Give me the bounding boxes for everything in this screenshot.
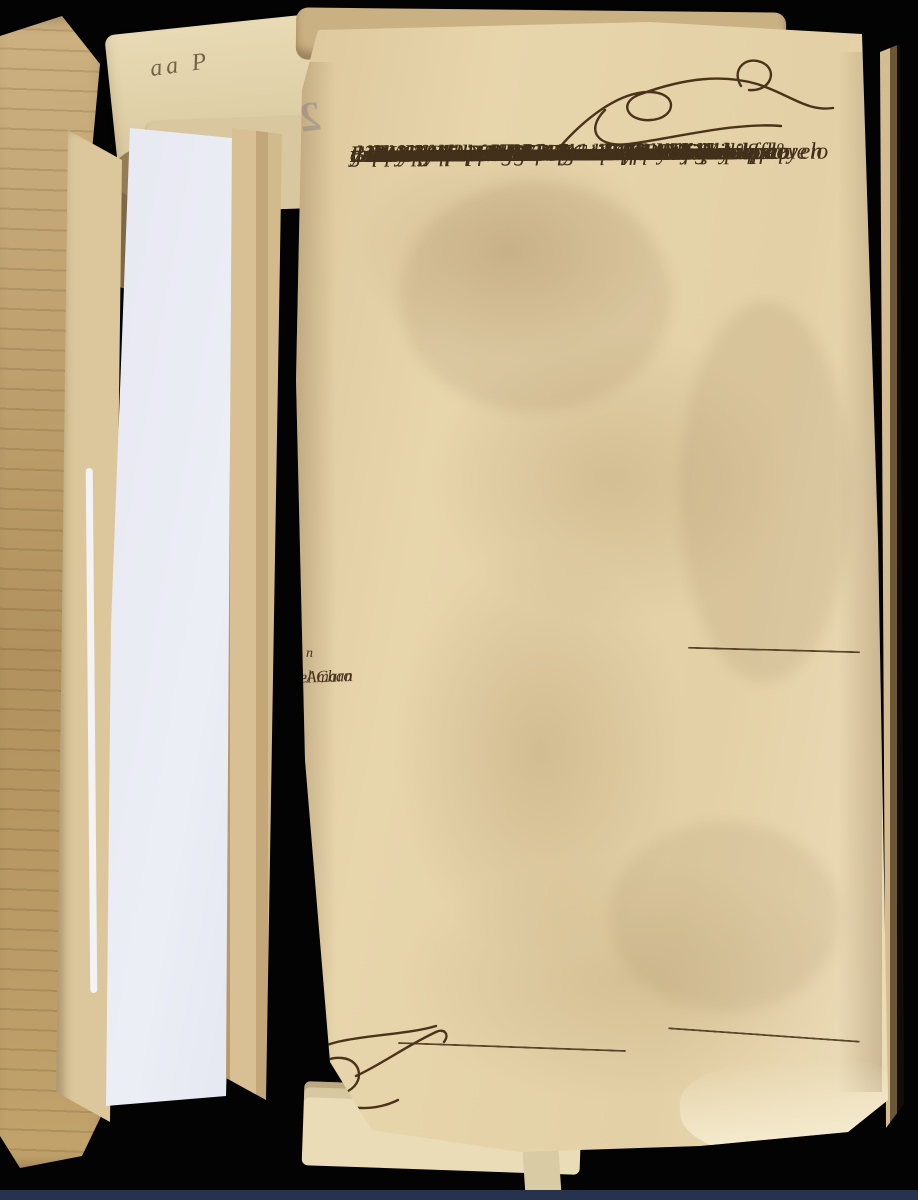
ink-bleedthrough — [400, 182, 670, 412]
page-curl — [678, 1058, 891, 1160]
ink-bleedthrough — [680, 302, 850, 682]
manuscript-line: gouernador Ecclesiastico deste arçobispd… — [350, 135, 784, 174]
page-crease — [838, 52, 882, 1092]
margin-superscript: n — [306, 646, 313, 662]
manuscript-page: 147 226 309 n Ratt del Chan tre B.r Amar… — [250, 22, 895, 1162]
book-fore-edges — [222, 128, 288, 1110]
ink-bleedthrough — [610, 822, 840, 1012]
scanner-bed-strip — [0, 1190, 918, 1200]
ink-rule — [668, 1027, 860, 1042]
manuscript-photo: aa P 147 226 309 n Ratt del Chan tre — [0, 0, 918, 1200]
page-crease — [296, 62, 336, 1102]
